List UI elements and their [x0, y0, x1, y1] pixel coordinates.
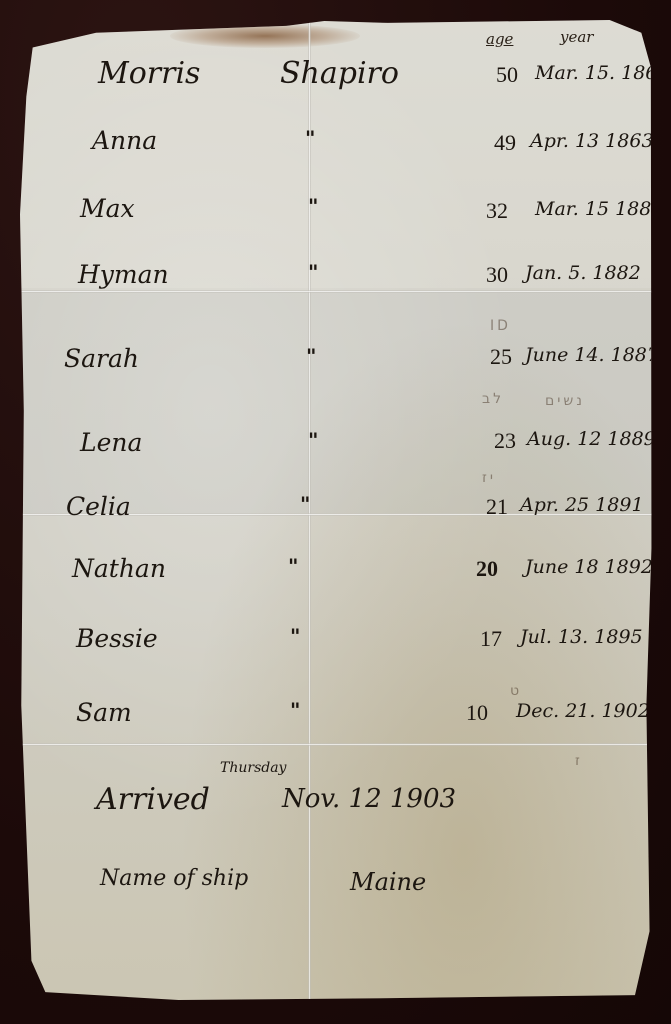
age: 20 — [476, 556, 498, 582]
age: 50 — [496, 62, 518, 88]
bleed-through-mark: לב — [482, 391, 504, 407]
arrived-label: Arrived — [96, 782, 210, 817]
age: 32 — [486, 198, 508, 224]
first-name: Sam — [76, 698, 132, 727]
birth-date: June 14. 1887 — [525, 344, 659, 366]
ditto-mark: " — [305, 126, 315, 150]
birth-date: Apr. 13 1863 — [530, 130, 654, 152]
register-entry: Lena " 23 Aug. 12 1889 — [20, 428, 654, 468]
ditto-mark: " — [288, 554, 298, 578]
birth-date: Apr. 25 1891 — [520, 494, 644, 516]
first-name: Sarah — [64, 344, 139, 373]
ditto-mark: " — [308, 194, 318, 218]
arrival-date: Nov. 12 1903 — [282, 784, 456, 814]
age: 25 — [490, 344, 512, 370]
age-column-header: age — [486, 30, 513, 48]
bleed-through-mark: ט — [510, 683, 522, 699]
birth-date: Aug. 12 1889 — [527, 428, 656, 450]
register-entry: Anna " 49 Apr. 13 1863 — [20, 126, 654, 166]
birth-date: Mar. 15. 1862 — [535, 62, 669, 84]
ship-label: Name of ship — [100, 866, 248, 891]
horizontal-fold-crease — [20, 743, 654, 746]
arrival-day-annotation: Thursday — [220, 760, 286, 776]
age: 21 — [486, 494, 508, 520]
age: 49 — [494, 130, 516, 156]
birth-date: June 18 1892 — [525, 556, 653, 578]
register-entry: Sam " 10 Dec. 21. 1902 — [20, 698, 654, 738]
ditto-mark: " — [290, 624, 300, 648]
birth-date: Dec. 21. 1902 — [516, 700, 650, 722]
ditto-mark: " — [308, 428, 318, 452]
ditto-mark: " — [300, 492, 310, 516]
ditto-mark: " — [290, 698, 300, 722]
last-name: Shapiro — [280, 56, 399, 91]
register-entry: Bessie " 17 Jul. 13. 1895 — [20, 624, 654, 664]
register-entry: Morris Shapiro 50 Mar. 15. 1862 — [20, 56, 654, 96]
birth-date: Jan. 5. 1882 — [525, 262, 641, 284]
bleed-through-mark: ז — [575, 753, 583, 769]
bleed-through-mark: יז — [482, 470, 496, 486]
ship-name: Maine — [350, 868, 426, 896]
bleed-through-mark: ID — [490, 318, 511, 334]
register-entry: Celia " 21 Apr. 25 1891 — [20, 492, 654, 532]
first-name: Nathan — [72, 554, 166, 583]
first-name: Morris — [98, 56, 200, 91]
year-column-header: year — [560, 28, 593, 46]
first-name: Hyman — [78, 260, 169, 289]
ditto-mark: " — [308, 260, 318, 284]
first-name: Max — [80, 194, 135, 223]
register-entry: Sarah " 25 June 14. 1887 — [20, 344, 654, 384]
age: 10 — [466, 700, 488, 726]
birth-date: Mar. 15 1880 — [535, 198, 663, 220]
register-entry: Max " 32 Mar. 15 1880 — [20, 194, 654, 234]
age: 17 — [480, 626, 502, 652]
first-name: Lena — [80, 428, 142, 457]
first-name: Celia — [66, 492, 131, 521]
register-entry: Hyman " 30 Jan. 5. 1882 — [20, 260, 654, 300]
bleed-through-mark: נשים — [545, 393, 585, 409]
first-name: Anna — [92, 126, 157, 155]
handwritten-document: age year ID נשים לב יז ט ז Morris Shapir… — [20, 18, 654, 1000]
register-entry: Nathan " 20 June 18 1892 — [20, 554, 654, 594]
age: 30 — [486, 262, 508, 288]
ditto-mark: " — [306, 344, 316, 368]
first-name: Bessie — [76, 624, 158, 653]
birth-date: Jul. 13. 1895 — [520, 626, 643, 648]
age: 23 — [494, 428, 516, 454]
